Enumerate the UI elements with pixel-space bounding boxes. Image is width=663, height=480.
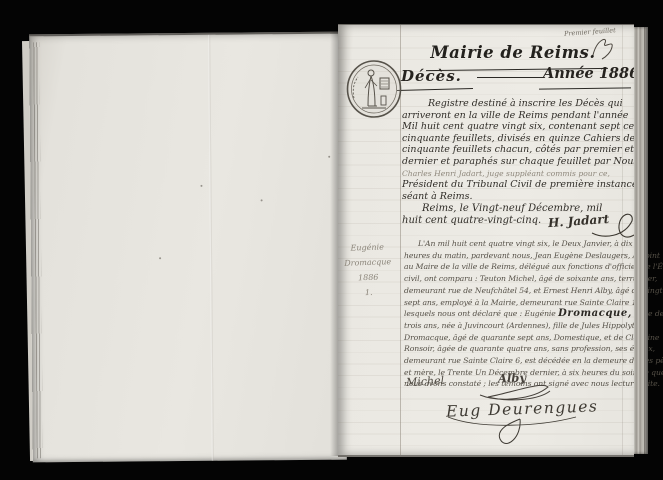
act-line: sept ans, employé à la Mairie, demeurant… — [404, 297, 632, 309]
register-recto-page: Premier feuillet Mairie de Reims. Décès.… — [338, 24, 634, 457]
scanned-register-photo: Premier feuillet Mairie de Reims. Décès.… — [0, 0, 663, 480]
preamble-line: Registre destiné à inscrire les Décès qu… — [402, 98, 632, 110]
preamble-line: arriveront en la ville de Reims pendant … — [402, 110, 632, 122]
act-line: Ronsoir, âgée de quarante quatre ans, sa… — [404, 343, 632, 355]
subtitle-annee: Année 1886. — [543, 65, 644, 82]
margin-deceased-surname: Dromacque — [337, 254, 397, 271]
preamble-line-inserted: Charles Henri Jadart, juge suppléant com… — [402, 168, 632, 180]
act-line: civil, ont comparu : Teuton Michel, âgé … — [404, 273, 632, 285]
left-blank-page — [29, 32, 347, 463]
stacked-page-edges — [634, 27, 648, 454]
deceased-name: Dromacque, — [558, 308, 632, 319]
act-line: demeurant rue Sainte Claire 6, est décéd… — [404, 355, 632, 367]
page-title: Mairie de Reims. — [396, 43, 630, 62]
act-line: L'An mil huit cent quatre vingt six, le … — [404, 238, 632, 250]
act-line: Dromacque, âgé de quarante sept ans, Dom… — [404, 332, 632, 344]
preamble-text: Registre destiné à inscrire les Décès qu… — [402, 98, 632, 202]
death-act-text: L'An mil huit cent quatre vingt six, le … — [404, 238, 632, 390]
paper-speck — [159, 257, 161, 259]
act-line-declaration: lesquels nous ont déclaré que : Eugénie … — [404, 308, 632, 320]
act-line: demeurant rue de Neufchâtel 54, et Ernes… — [404, 285, 632, 297]
margin-act-number: 1. — [339, 284, 399, 301]
preamble-line: Mil huit cent quatre vingt six, contenan… — [402, 121, 632, 133]
margin-annotations: Eugénie Dromacque 1886 1. — [337, 239, 399, 301]
preamble-line: dernier et paraphés sur chaque feuillet … — [402, 156, 632, 168]
act-declared-pre: lesquels nous ont déclaré que : Eugénie — [404, 309, 558, 318]
page-edge-lines — [33, 42, 43, 458]
subtitle-deces: Décès. — [401, 67, 462, 85]
act-line: trois ans, née à Juvincourt (Ardennes), … — [404, 320, 632, 332]
page-crease — [208, 35, 214, 461]
act-line: au Maire de la ville de Reims, délégué a… — [404, 261, 632, 273]
preamble-line: cinquante feuillets, divisés en quinze C… — [402, 133, 632, 145]
paper-speck — [200, 185, 202, 187]
preamble-line: Président du Tribunal Civil de première … — [402, 179, 632, 191]
preamble-line: cinquante feuillets chacun, côtés par pr… — [402, 144, 632, 156]
signature-witness-michel: Michel — [406, 374, 445, 389]
timbre-fiscal-stamp-icon — [344, 58, 404, 122]
officer-flourish-icon — [442, 409, 582, 455]
paper-speck — [261, 199, 263, 201]
mid-rule — [477, 77, 543, 78]
preamble-line: séant à Reims. — [402, 191, 632, 203]
act-line: heures du matin, pardevant nous, Jean Eu… — [404, 250, 632, 262]
